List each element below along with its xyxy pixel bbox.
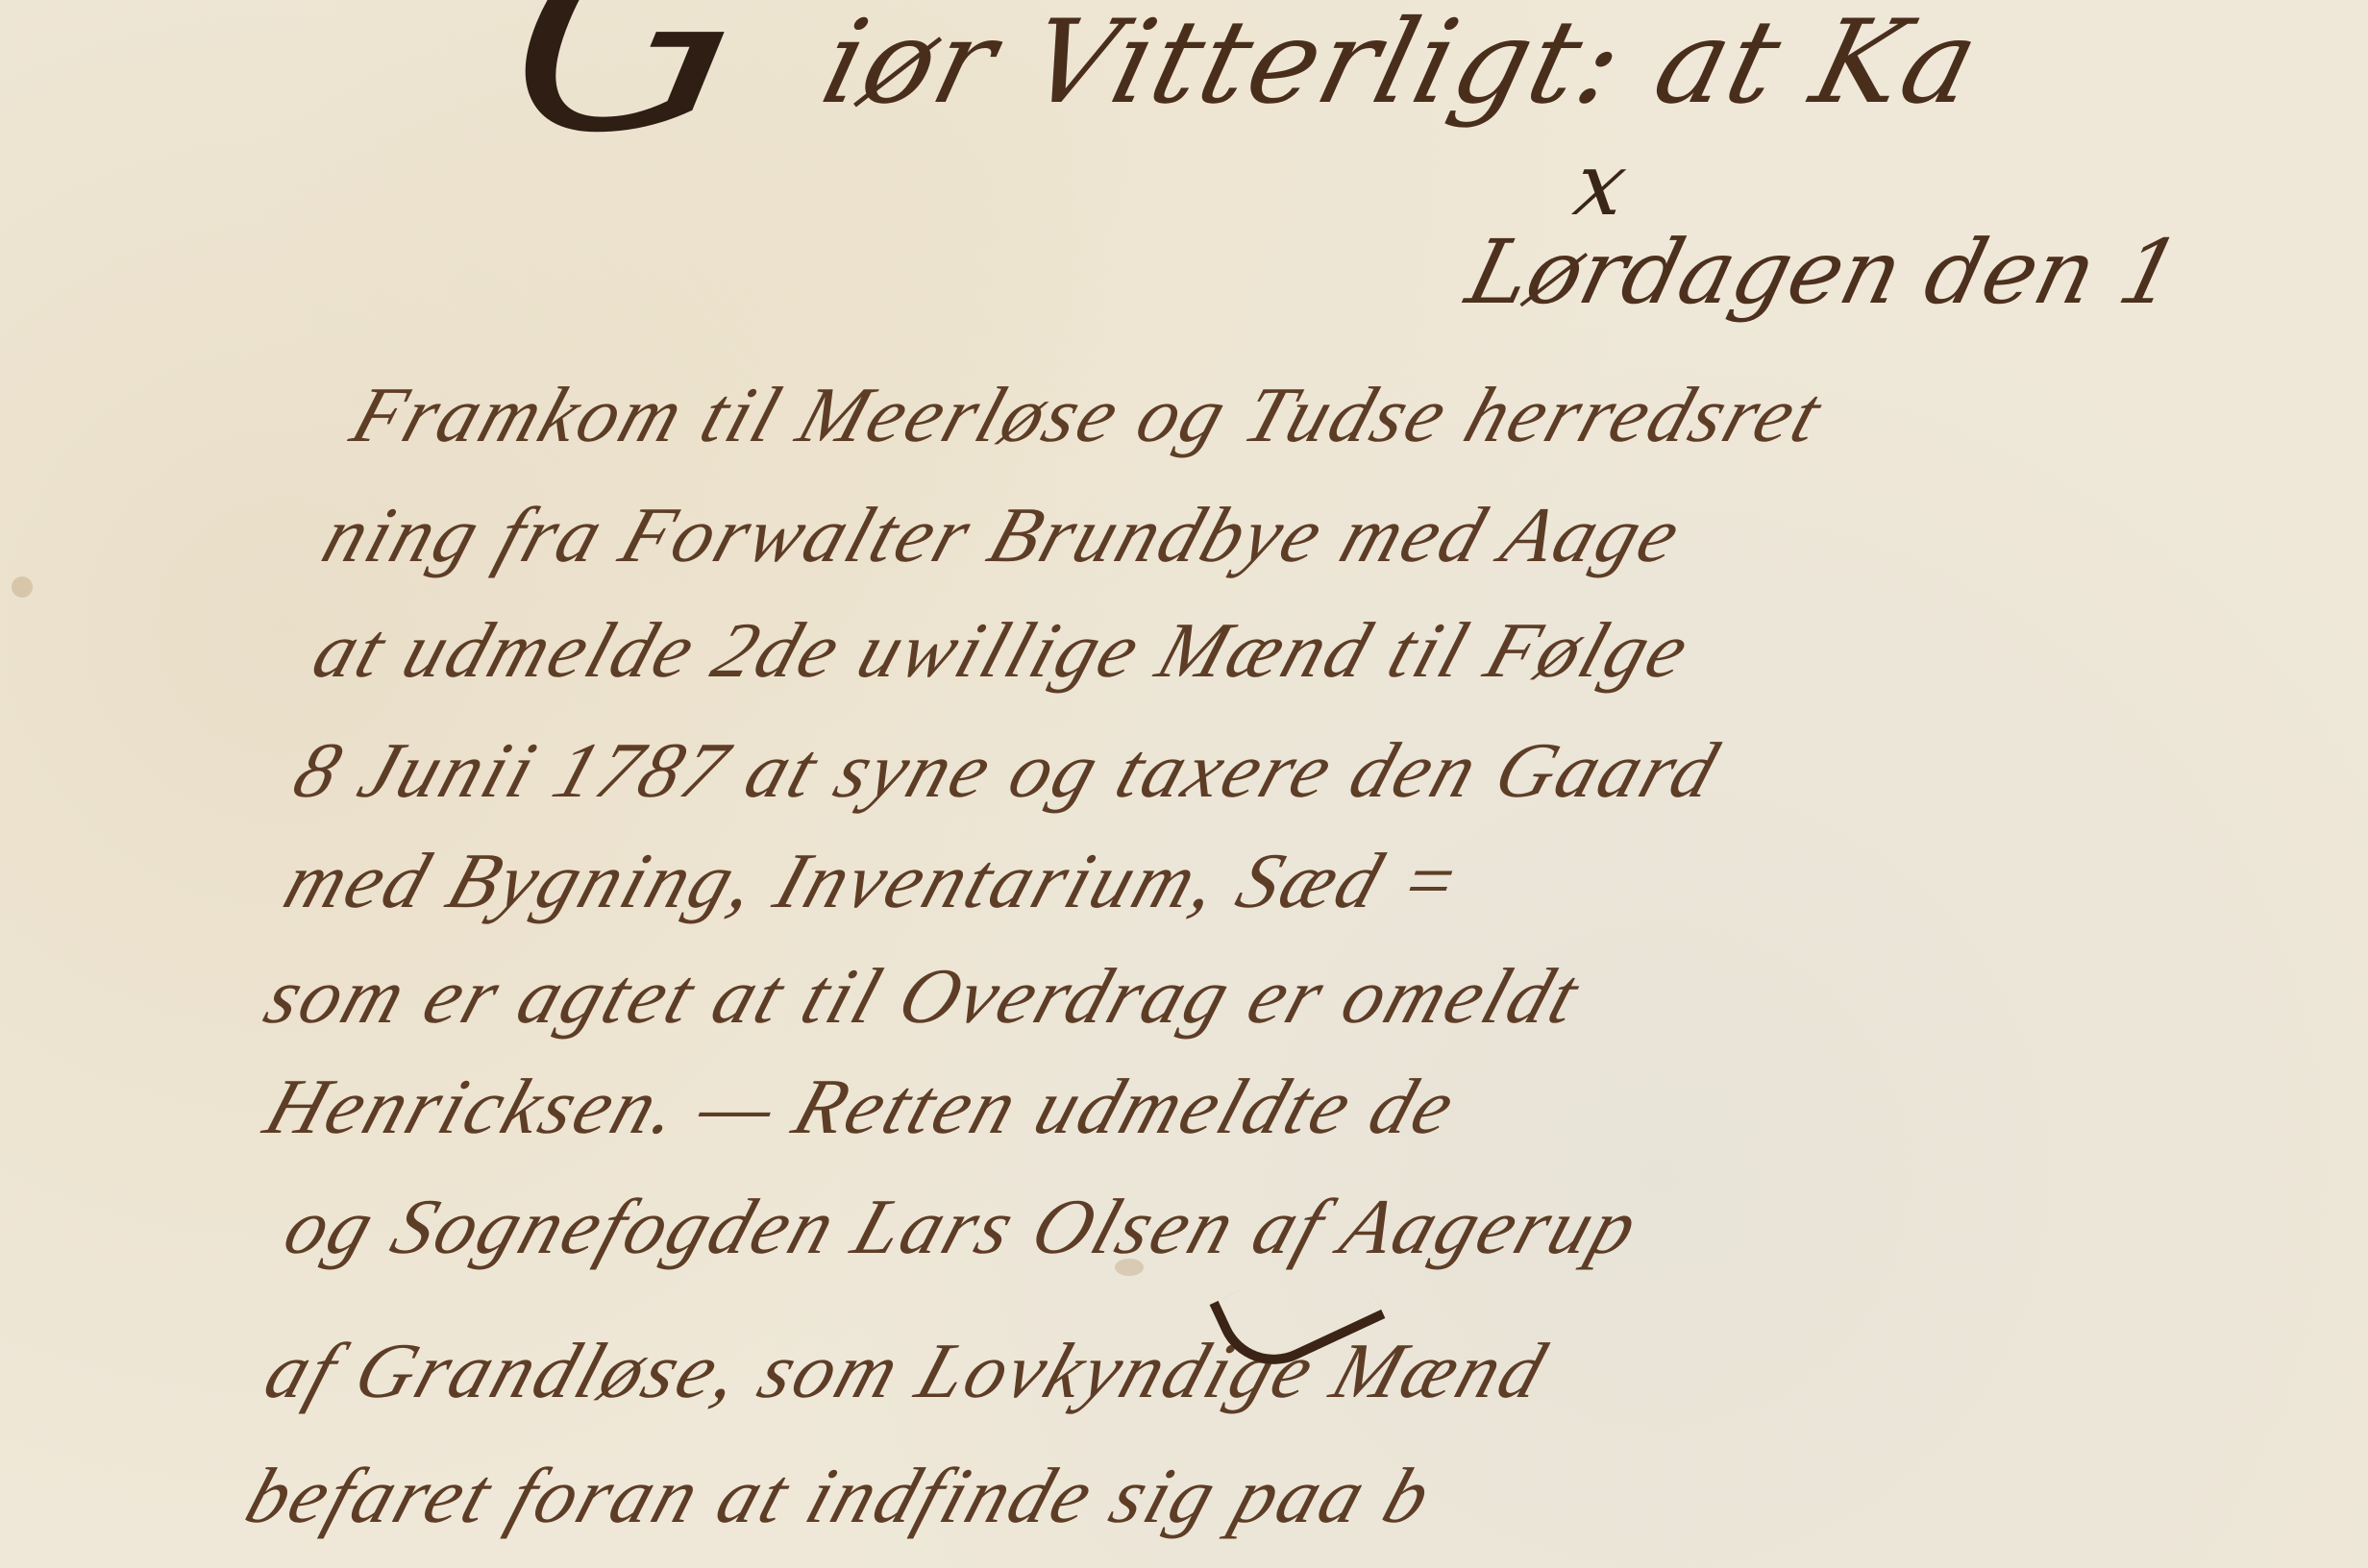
text-line-6: som er agtet at til Overdrag er omeldt bbox=[255, 951, 1592, 1041]
text-line-5: med Bygning, Inventarium, Sæd = bbox=[274, 836, 1474, 926]
decorative-initial: G bbox=[488, 0, 779, 173]
manuscript-page: G iør Vitterligt: at Ka x Lørdagen den 1… bbox=[0, 0, 2368, 1568]
text-line-10: befaret foran at indfinde sig paa b bbox=[235, 1451, 1444, 1541]
text-line-8: og Sognefogden Lars Olsen af Aagerup bbox=[274, 1182, 1651, 1272]
text-line-1: Framkom til Meerløse og Tudse herredsret bbox=[341, 370, 1835, 460]
text-line-9: af Grandløse, som Lovkyndige Mænd bbox=[255, 1326, 1559, 1416]
date-line: Lørdagen den 1 bbox=[1458, 221, 2191, 324]
text-line-7: Henricksen. — Retten udmeldte de bbox=[255, 1062, 1468, 1152]
text-line-2: ning fra Forwalter Brundbye med Aage bbox=[312, 490, 1693, 580]
document-heading: iør Vitterligt: at Ka bbox=[811, 0, 1991, 127]
paper-stain bbox=[12, 576, 33, 598]
text-line-3: at udmelde 2de uwillige Mænd til Følge bbox=[303, 605, 1702, 696]
text-line-4: 8 Junii 1787 at syne og taxere den Gaard bbox=[284, 725, 1731, 816]
